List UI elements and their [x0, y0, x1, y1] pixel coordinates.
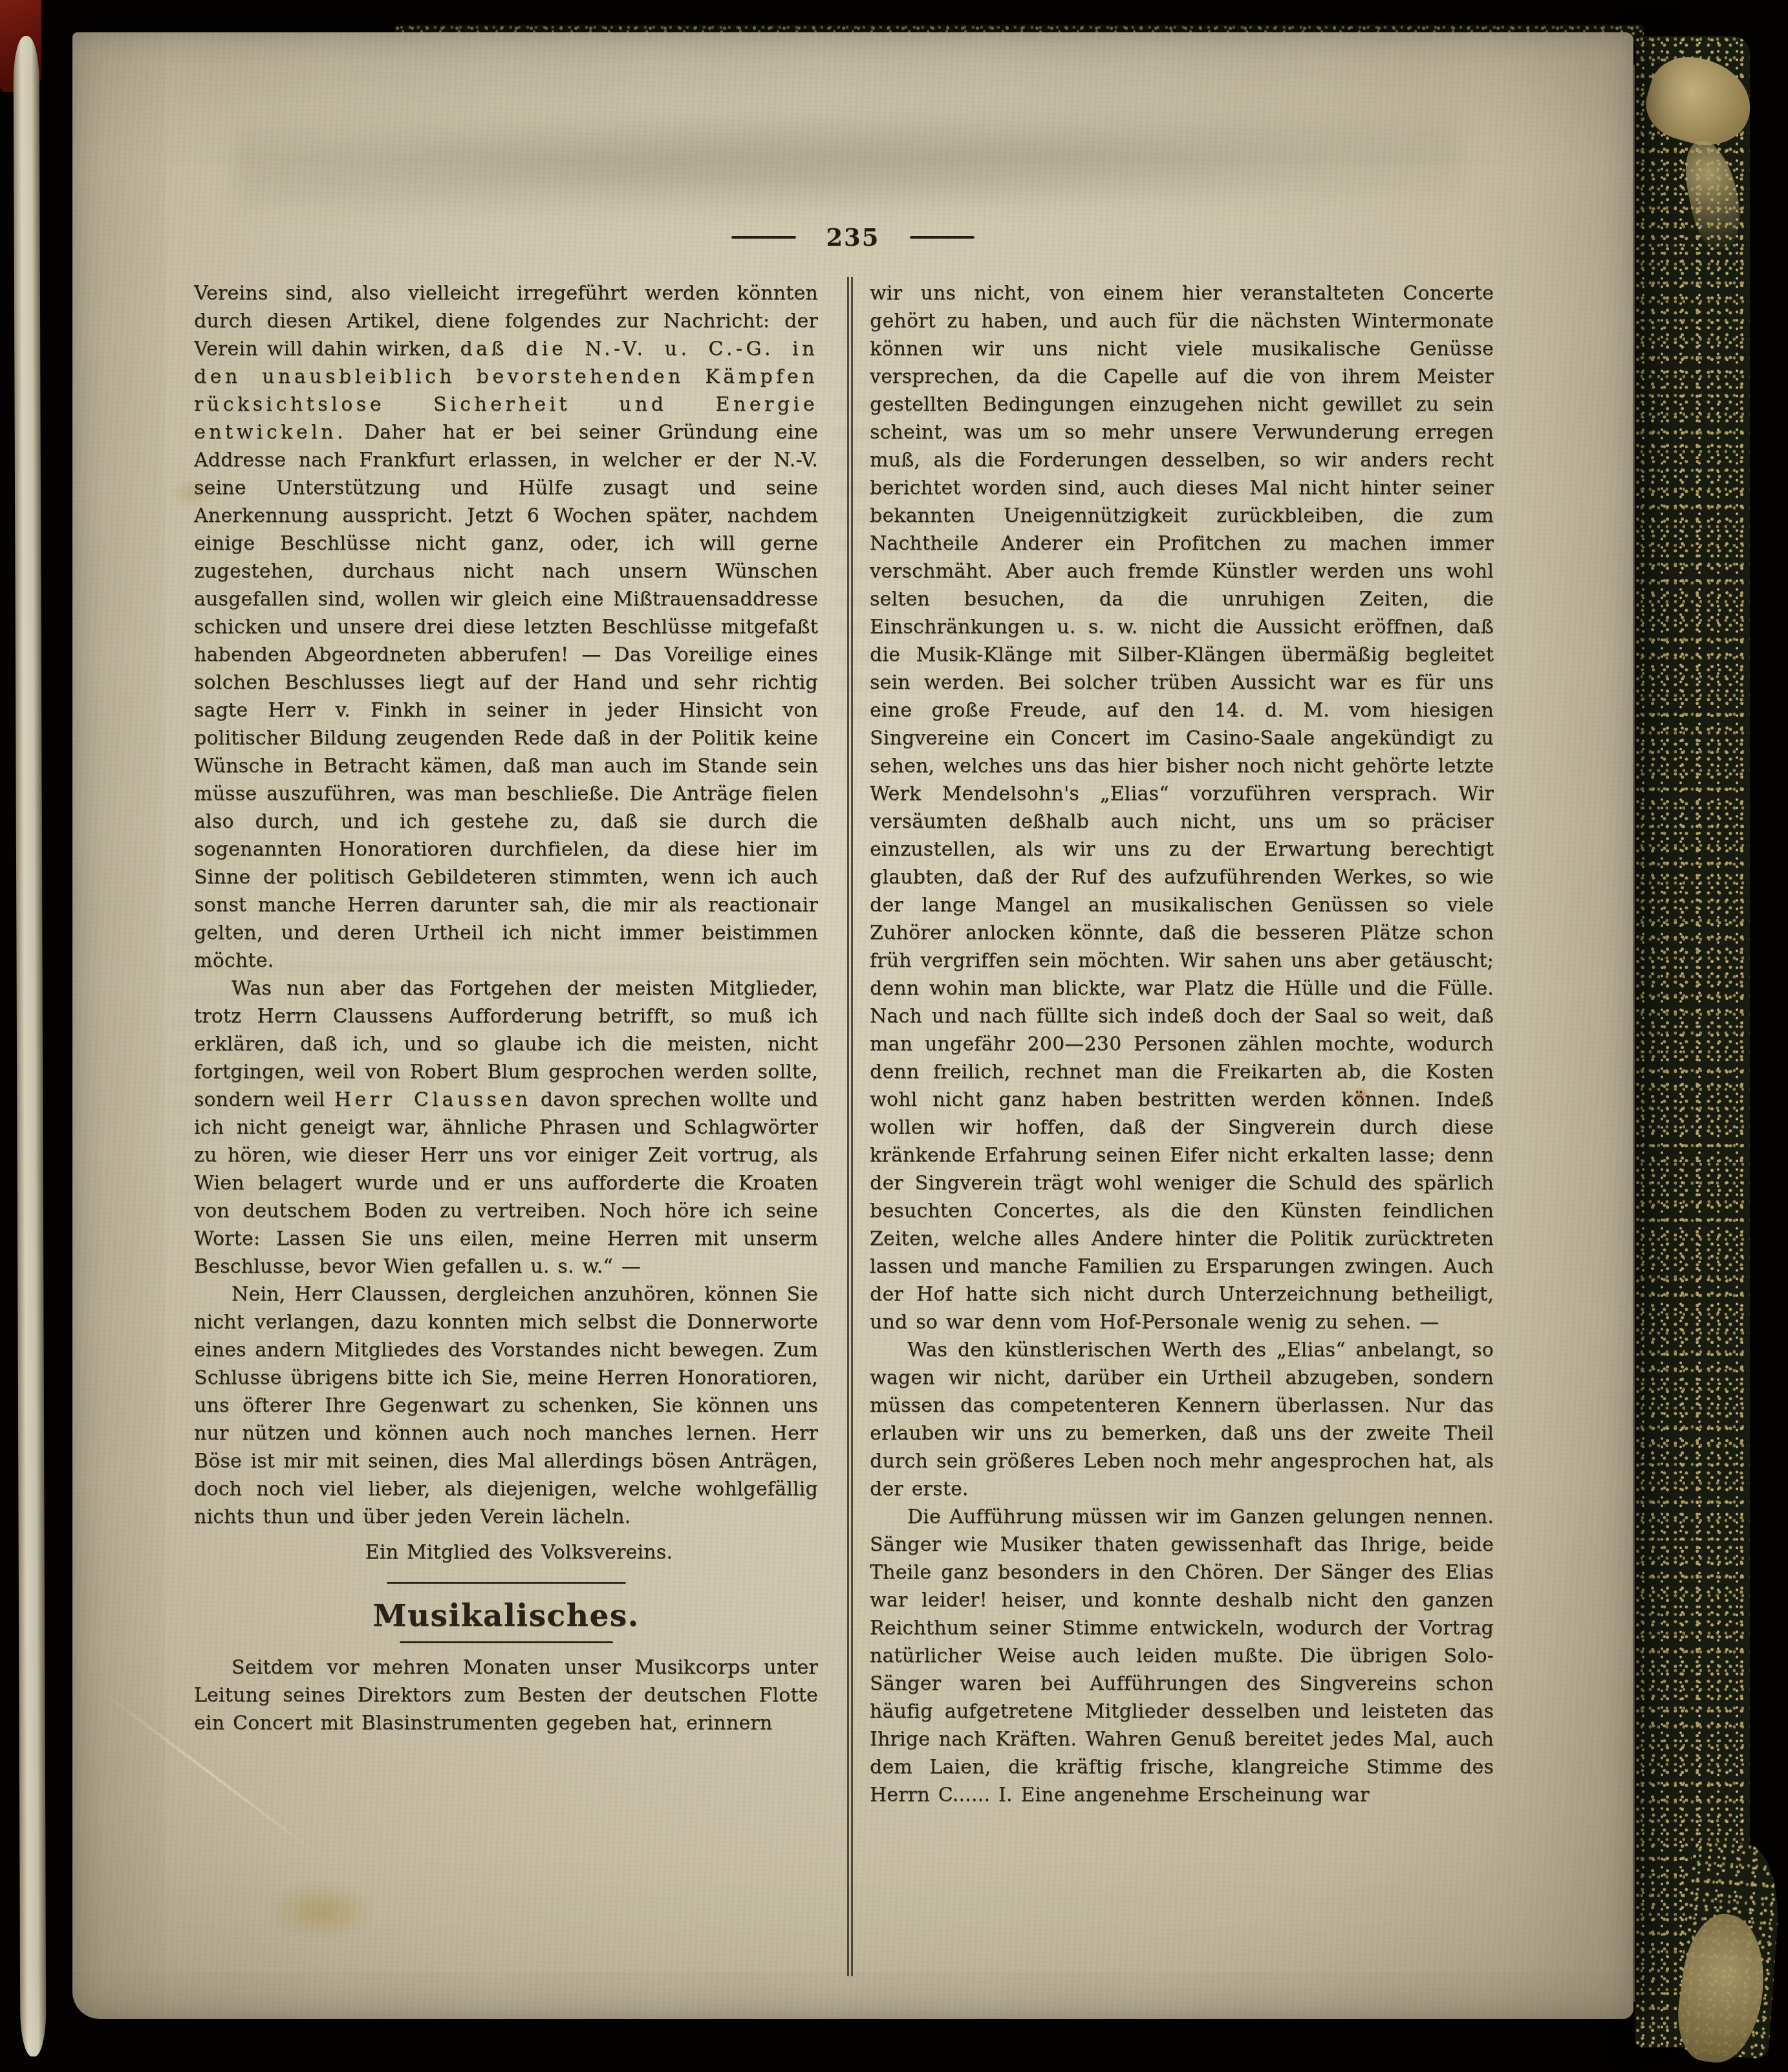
paragraph: Nein, Herr Claussen, dergleichen anzuhör… [194, 1280, 818, 1531]
heading-underline-rule [400, 1641, 613, 1643]
section-heading: Musikalisches. [194, 1602, 818, 1630]
page-number-rule-right [910, 236, 975, 239]
column-divider-rule [847, 277, 853, 1976]
paragraph-text: Daher hat er bei seiner Gründung eine Ad… [194, 421, 818, 972]
book-cover-right-edge [1635, 36, 1750, 2047]
page-number-header: 235 [72, 224, 1633, 251]
section-divider-rule [387, 1582, 626, 1584]
paragraph: wir uns nicht, von einem hier veranstalt… [870, 279, 1494, 1336]
ink-bleedthrough-smudge [234, 103, 1463, 220]
paragraph: Was den künstlerischen Werth des „Elias“… [870, 1336, 1494, 1503]
column-right: wir uns nicht, von einem hier veranstalt… [870, 279, 1494, 1809]
paragraph-text: davon sprechen wollte und ich nicht gene… [194, 1088, 818, 1278]
paper-stain [266, 1882, 376, 1940]
paragraph: Seitdem vor mehren Monaten unser Musikco… [194, 1654, 818, 1737]
article-signature: Ein Mitglied des Volksvereins. [194, 1538, 818, 1566]
page-fore-edge [14, 36, 47, 2056]
page-number-rule-left [731, 236, 796, 239]
paragraph: Was nun aber das Fortgehen der meisten M… [194, 975, 818, 1280]
emphasized-text: Herr Claussen [334, 1088, 532, 1111]
page-number: 235 [826, 224, 879, 251]
paragraph: Die Aufführung müssen wir im Ganzen gelu… [870, 1503, 1494, 1809]
column-left: Vereins sind, also vielleicht irregeführ… [194, 279, 818, 1737]
paragraph: Vereins sind, also vielleicht irregeführ… [194, 279, 818, 975]
book-page: 235 Vereins sind, also vielleicht irrege… [72, 32, 1633, 2019]
